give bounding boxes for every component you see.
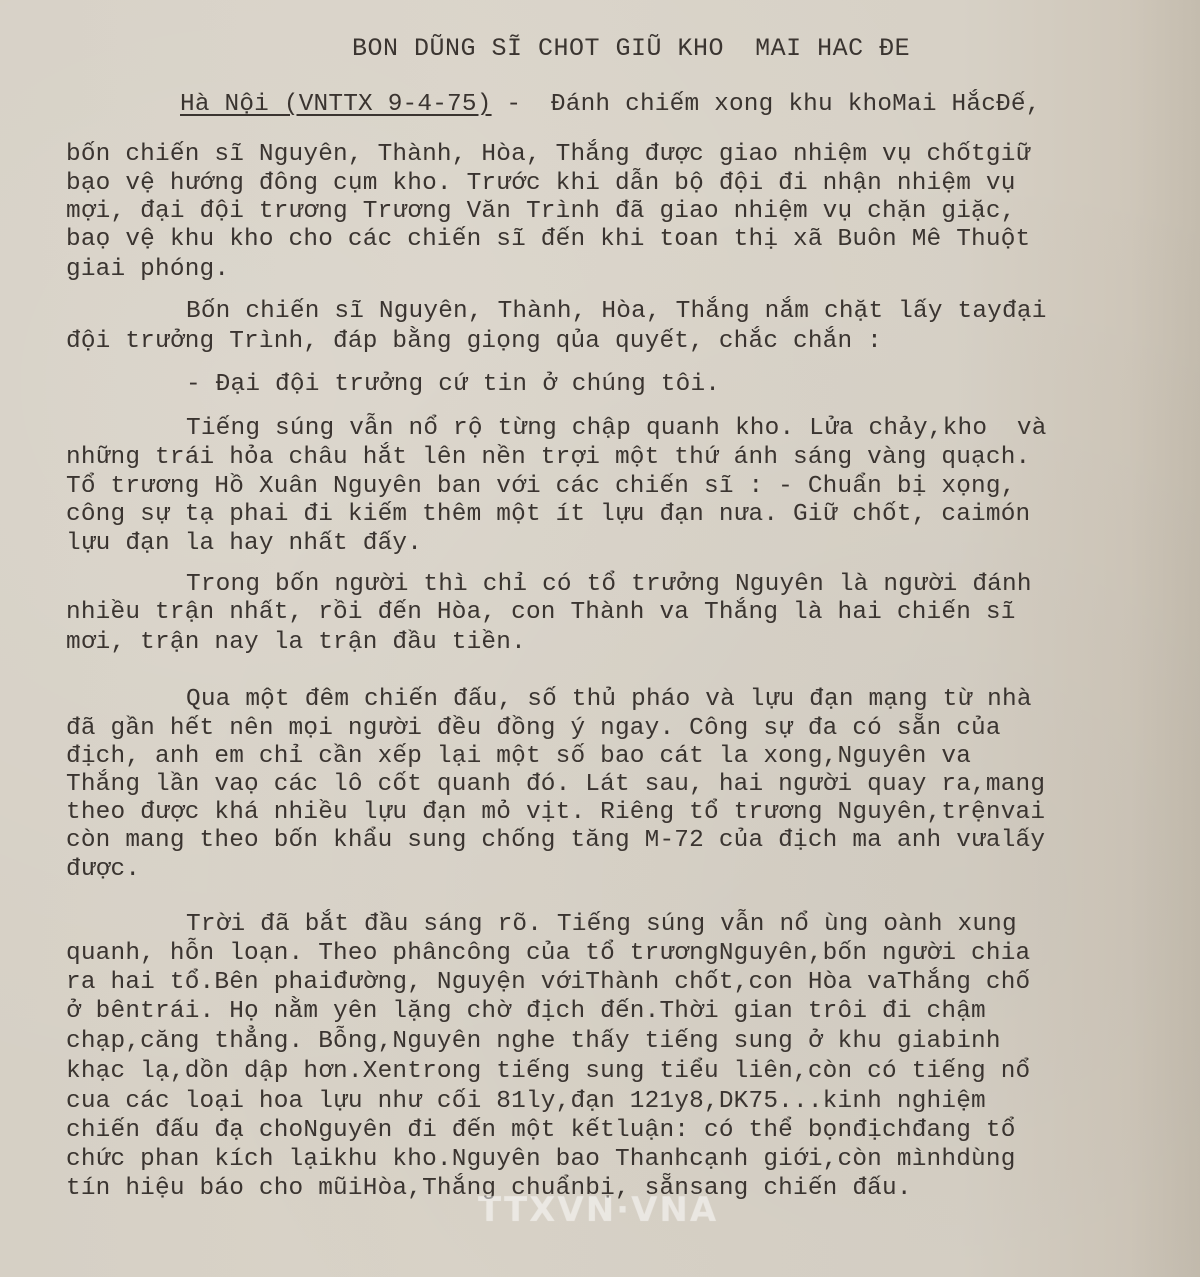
paragraph-4-line-1: Trong bốn người thì chỉ có tổ trưởng Ngu… (186, 573, 1032, 597)
paragraph-2-quote: - Đại đội trưởng cứ tin ở chúng tôi. (186, 373, 720, 397)
paragraph-5-line-3: địch, anh em chỉ cần xếp lại một số bao … (66, 745, 971, 769)
typewritten-document: BON DŨNG SĨ CHOT GIŨ KHO MAI HAC ĐE Hà N… (0, 0, 1200, 1277)
paragraph-6-line-9: chức phan kích lạikhu kho.Nguyên bao Tha… (66, 1148, 1016, 1172)
paragraph-3-line-1: Tiếng súng vẫn nổ rộ từng chập quanh kho… (186, 417, 1047, 441)
paragraph-4-line-3: mơi, trận nay la trận đầu tiền. (66, 631, 526, 655)
paragraph-5-line-1: Qua một đêm chiến đấu, số thủ pháo và lự… (186, 688, 1032, 712)
paragraph-6-line-5: chạp,căng thẳng. Bỗng,Nguyên nghe thấy t… (66, 1030, 1001, 1054)
lead-text: - Đánh chiếm xong khu khoMai HắcĐế, (492, 91, 1041, 118)
paragraph-6-line-7: cua các loại hoa lựu như cối 81ly,đạn 12… (66, 1090, 986, 1114)
watermark-logo: TTXVN·VNA (478, 1190, 718, 1230)
paragraph-6-line-8: chiến đấu đạ choNguyên đi đến một kếtluậ… (66, 1119, 1016, 1143)
paragraph-3-line-5: lựu đạn la hay nhất đấy. (66, 532, 422, 556)
dateline: Hà Nội (VNTTX 9-4-75) (180, 91, 492, 118)
paragraph-1-line-5: baọ vệ khu kho cho các chiến sĩ đến khi … (66, 228, 1030, 252)
paragraph-5-line-5: theo được khá nhiều lựu đạn mỏ vịt. Riên… (66, 801, 1045, 825)
paragraph-6-line-1: Trời đã bắt đầu sáng rõ. Tiếng súng vẫn … (186, 913, 1017, 937)
paragraph-5-line-7: được. (66, 858, 140, 882)
paragraph-5-line-2: đã gần hết nên mọi người đều đồng ý ngay… (66, 717, 1001, 741)
paragraph-5-line-4: Thắng lần vaọ các lô cốt quanh đó. Lát s… (66, 773, 1045, 797)
paragraph-1-line-3: bạo vệ hướng đông cụm kho. Trước khi dẫn… (66, 172, 1016, 196)
paragraph-1-line-4: mợi, đại đội trương Trương Văn Trình đã … (66, 200, 1016, 224)
paragraph-3-line-3: Tổ trương Hồ Xuân Nguyên ban với các chi… (66, 475, 1016, 499)
paragraph-6-line-3: ra hai tổ.Bên phaiđường, Nguyện vớiThành… (66, 971, 1030, 995)
paragraph-2-line-1: Bốn chiến sĩ Nguyên, Thành, Hòa, Thắng n… (186, 300, 1047, 324)
paragraph-1-line-6: giai phóng. (66, 258, 229, 282)
paragraph-6-line-6: khạc lạ,dồn dập hơn.Xentrong tiếng sung … (66, 1060, 1030, 1084)
document-title: BON DŨNG SĨ CHOT GIŨ KHO MAI HAC ĐE (352, 34, 910, 63)
paragraph-3-line-2: những trái hỏa châu hắt lên nền trợi một… (66, 446, 1030, 470)
paragraph-6-line-2: quanh, hỗn loạn. Theo phâncông của tổ tr… (66, 942, 1030, 966)
paragraph-5-line-6: còn mang theo bốn khẩu sung chống tăng M… (66, 829, 1045, 853)
paragraph-6-line-4: ở bêntrái. Họ nằm yên lặng chờ địch đến.… (66, 1000, 986, 1024)
paragraph-2-line-2: đội trưởng Trình, đáp bằng giọng qủa quy… (66, 330, 882, 354)
paragraph-4-line-2: nhiều trận nhất, rồi đến Hòa, con Thành … (66, 601, 1016, 625)
paragraph-3-line-4: công sự tạ phai đi kiếm thêm một ít lựu … (66, 503, 1030, 527)
paragraph-1-line-1: Hà Nội (VNTTX 9-4-75) - Đánh chiếm xong … (180, 93, 1041, 117)
paragraph-1-line-2: bốn chiến sĩ Nguyên, Thành, Hòa, Thắng đ… (66, 143, 1030, 167)
